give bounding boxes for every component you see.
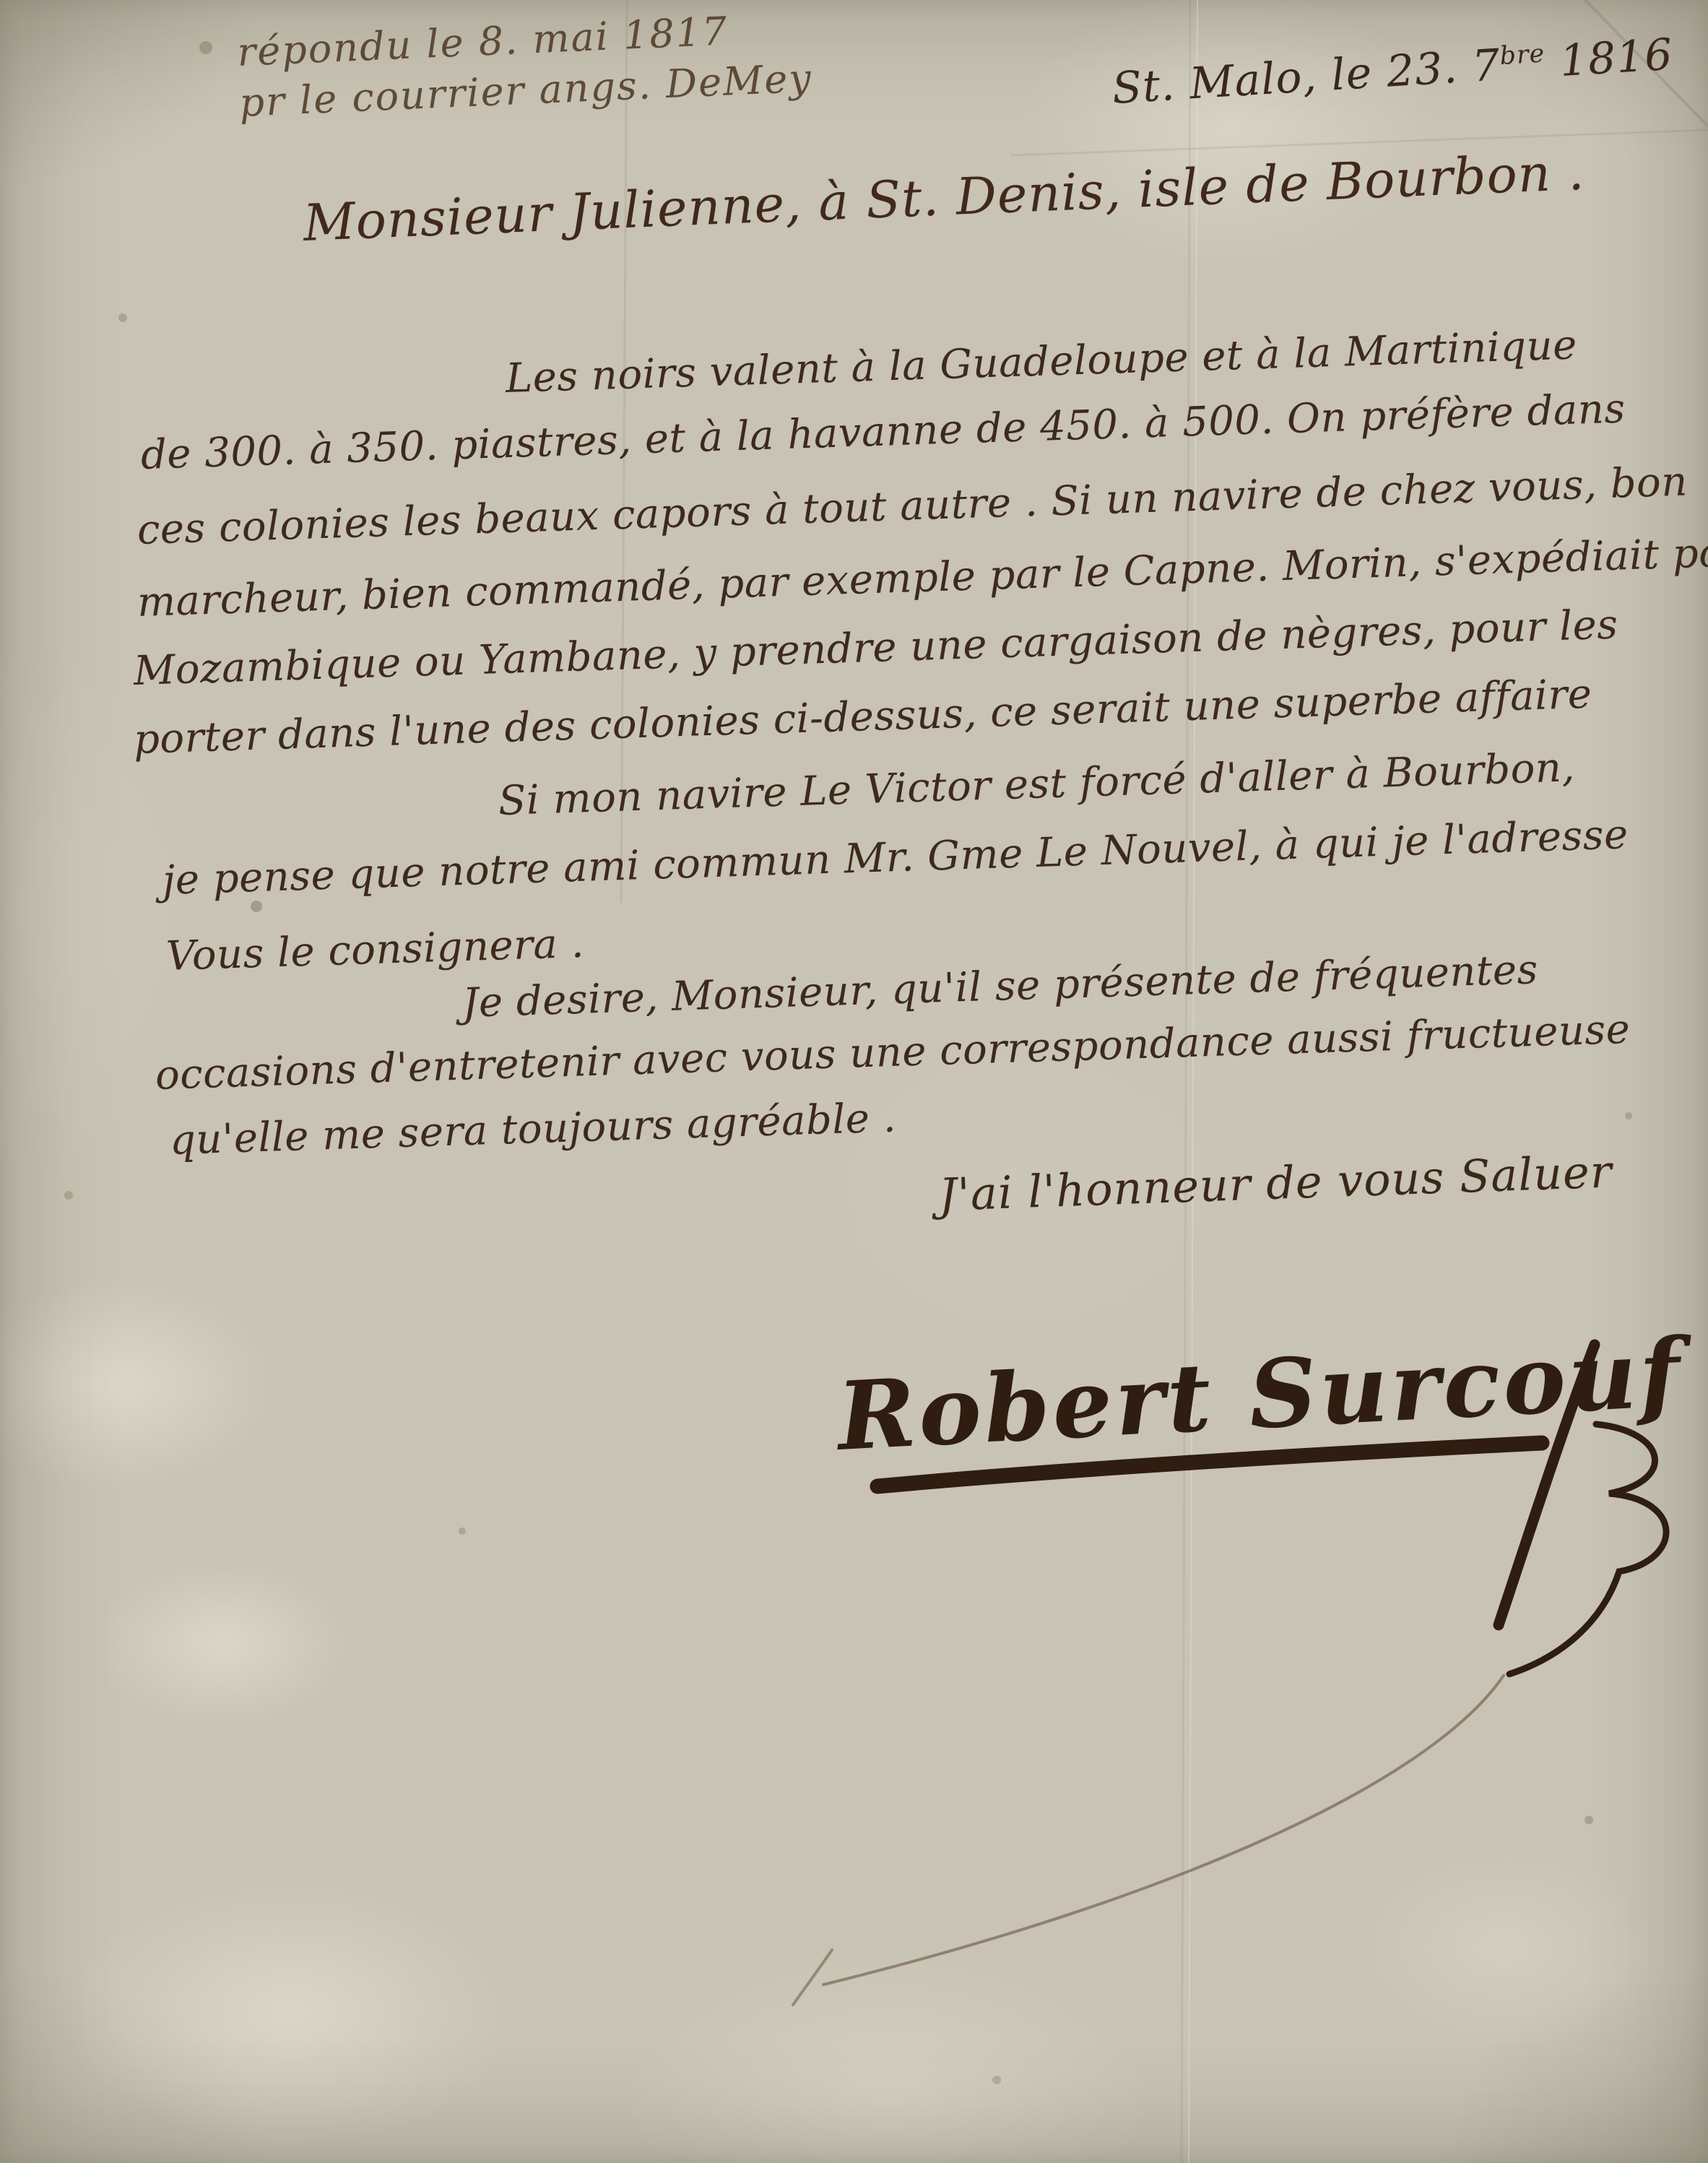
salutation: Monsieur Julienne, à St. Denis, isle de … xyxy=(302,142,1585,253)
body-line: qu'elle me sera toujours agréable . xyxy=(169,1094,897,1164)
body-line: occasions d'entretenir avec vous une cor… xyxy=(155,1006,1631,1099)
body-line: de 300. à 350. piastres, et à la havanne… xyxy=(140,385,1626,479)
letter-page: répondu le 8. mai 1817 pr le courrier an… xyxy=(0,0,1708,2163)
closing-salute: J'ai l'honneur de vous Saluer xyxy=(938,1145,1613,1221)
signature: Robert Surcouf xyxy=(835,1317,1686,1472)
body-line: Vous le consignera . xyxy=(165,920,585,980)
dateline-place-day: St. Malo, le 23. 7 xyxy=(1111,40,1502,114)
body-line: Si mon navire Le Victor est forcé d'alle… xyxy=(498,744,1576,825)
body-line: je pense que notre ami commun Mr. Gme Le… xyxy=(162,811,1629,904)
dateline: St. Malo, le 23. 7bre 1816 xyxy=(1111,30,1675,114)
body-line: Les noirs valent à la Guadeloupe et à la… xyxy=(505,321,1578,402)
dateline-year: 1816 xyxy=(1544,30,1675,88)
reply-annotation: répondu le 8. mai 1817 pr le courrier an… xyxy=(236,2,813,129)
dateline-month-superscript: bre xyxy=(1499,39,1546,71)
